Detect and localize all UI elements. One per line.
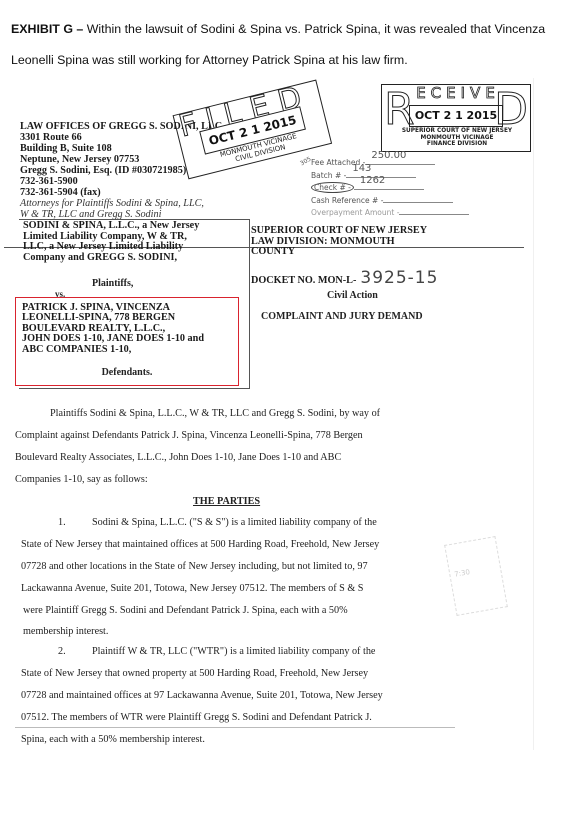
paragraph-line: 07512. The members of WTR were Plaintiff…	[21, 712, 372, 723]
paragraph-line: Sodini & Spina, L.L.C. ("S & S") is a li…	[92, 517, 377, 528]
defendant-line: ABC COMPANIES 1-10,	[22, 345, 204, 355]
batch-label: Batch # -	[311, 171, 346, 180]
docket-handwritten-number: 3925-15	[360, 268, 438, 288]
received-stamp-sub: SUPERIOR COURT OF NEW JERSEY MONMOUTH VI…	[392, 128, 522, 148]
check-label: Check # -	[311, 182, 354, 193]
paragraph-line: State of New Jersey that owned property …	[21, 668, 368, 679]
fee-value: 250.00	[371, 151, 406, 162]
court-name: SUPERIOR COURT OF NEW JERSEY LAW DIVISIO…	[251, 226, 427, 258]
docket-number: DOCKET NO. MON-L-3925-15	[251, 268, 438, 288]
civil-action-label: Civil Action	[327, 290, 378, 301]
received-stamp-court: SUPERIOR COURT OF NEW JERSEY	[392, 128, 522, 135]
paragraph-line: membership interest.	[23, 626, 108, 637]
fee-row: Fee Attached -250.00	[311, 156, 469, 169]
scan-rule-line	[15, 727, 455, 728]
paragraph-line: Plaintiff W & TR, LLC ("WTR") is a limit…	[92, 646, 375, 657]
intro-line: Boulevard Realty Associates, L.L.C., Joh…	[15, 452, 341, 463]
paragraph-number: 1.	[58, 517, 66, 528]
fee-row: Check # -1262	[311, 181, 469, 194]
complaint-title: COMPLAINT AND JURY DEMAND	[261, 311, 423, 322]
fee-row: Batch # -143	[311, 169, 469, 182]
section-heading: THE PARTIES	[193, 496, 260, 507]
check-value: 1262	[360, 176, 385, 187]
paragraph-number: 2.	[58, 646, 66, 657]
paragraph-line: State of New Jersey that maintained offi…	[21, 539, 379, 550]
plaintiffs-label: Plaintiffs,	[92, 278, 133, 289]
defendants-label: Defendants.	[16, 367, 238, 378]
cash-ref-label: Cash Reference # -	[311, 196, 383, 205]
attorneys-for: Attorneys for Plaintiffs Sodini & Spina,…	[20, 198, 222, 209]
received-stamp-division: FINANCE DIVISION	[392, 141, 522, 148]
paragraph-line: were Plaintiff Gregg S. Sodini and Defen…	[23, 605, 348, 616]
defendants-highlight-box: PATRICK J. SPINA, VINCENZA LEONELLI-SPIN…	[15, 297, 239, 386]
defendants-block: PATRICK J. SPINA, VINCENZA LEONELLI-SPIN…	[22, 303, 204, 355]
paragraph-line: 07728 and other locations in the State o…	[21, 561, 368, 572]
paragraph-line: 07728 and maintained offices at 97 Lacka…	[21, 690, 383, 701]
paragraph-line: Lackawanna Avenue, Suite 201, Totowa, Ne…	[21, 583, 363, 594]
exhibit-caption: EXHIBIT G – Within the lawsuit of Sodini…	[11, 14, 571, 76]
exhibit-label: EXHIBIT G –	[11, 22, 83, 36]
paragraph-line: Spina, each with a 50% membership intere…	[21, 734, 205, 745]
received-stamp-date: OCT 2 1 2015	[409, 105, 503, 127]
received-stamp: R ECEIVE D OCT 2 1 2015 SUPERIOR COURT O…	[381, 84, 531, 152]
fee-block: Fee Attached -250.00 Batch # -143 Check …	[311, 156, 469, 219]
overpayment-label: Overpayment Amount -	[311, 208, 399, 217]
batch-value: 143	[352, 164, 371, 175]
faint-stamp-text: 7:30	[454, 568, 471, 579]
received-stamp-word: ECEIVE	[412, 84, 504, 102]
docket-label: DOCKET NO. MON-L-	[251, 275, 356, 286]
intro-line: Companies 1-10, say as follows:	[15, 474, 148, 485]
plaintiff-line: Company and GREGG S. SODINI,	[23, 253, 199, 264]
fee-row: Cash Reference # -	[311, 194, 469, 207]
plaintiffs-block: SODINI & SPINA, L.L.C., a New Jersey Lim…	[23, 221, 199, 264]
court-line: COUNTY	[251, 247, 427, 258]
intro-line: Plaintiffs Sodini & Spina, L.L.C., W & T…	[50, 408, 380, 419]
court-line: SUPERIOR COURT OF NEW JERSEY	[251, 226, 427, 237]
exhibit-description: Within the lawsuit of Sodini & Spina vs.…	[11, 22, 545, 67]
fee-row: Overpayment Amount -	[311, 206, 469, 219]
intro-line: Complaint against Defendants Patrick J. …	[15, 430, 363, 441]
